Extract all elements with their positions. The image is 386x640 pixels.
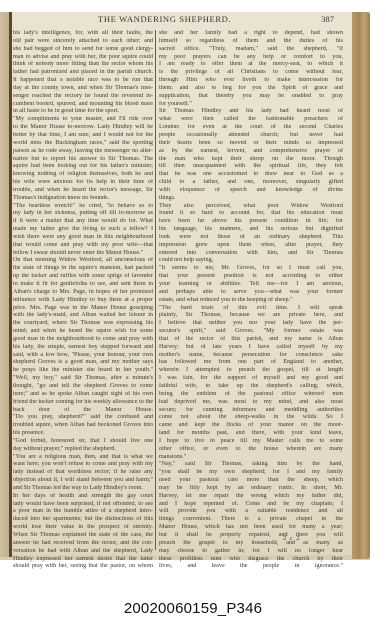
text-line: here;" and as he spoke Alban caught sigh… [13,391,153,399]
text-line: will provide you with a suitable residen… [159,508,343,516]
text-line: their hearts been so moved or their mind… [159,140,343,148]
text-line: Sir Thomas Hindley and his lady had hear… [159,108,343,116]
text-line: made my father give the living to such a… [13,226,153,234]
text-line: In her days of health and strength the g… [13,493,153,501]
text-line: lady would have been surprised, if not o… [13,501,153,509]
text-line: up the tucker and ruffles with some spri… [13,273,153,281]
text-line: "Do you pray, shepherd?" said the confus… [13,414,153,422]
text-line: came and kept the flocks of your manor o… [159,422,343,430]
text-line: with eloquence of speech and knowledge o… [159,187,343,195]
text-line: and perhaps able to serve you—what was y… [159,289,343,297]
text-line: "God forbid, honoured sir, that I should… [13,438,153,446]
text-line: "Well, my boy," said Sir Thomas, after a… [13,375,153,383]
text-line: she and her family had a right to depend… [159,30,343,38]
text-line: lives, and leave the people in ignorance… [159,563,343,571]
text-line: that your present position is not accord… [159,273,343,281]
text-line: "It seems to me, Mr. Groves, for so I mu… [159,265,343,273]
running-title: THE WANDERING SHEPHERD. [98,14,231,24]
text-line: had deprived me, was most to my mind, an… [159,399,343,407]
text-line: lady instead of that worthless rector; i… [13,469,153,477]
text-line: want here; you won't refuse to come and … [13,461,153,469]
text-line: have been far above his present conditio… [159,218,343,226]
text-line: world miss the Buckingham races," said t… [13,140,153,148]
text-line: his presence. [13,430,153,438]
text-line: sacred office. "Truly, madam," said the … [159,46,343,54]
text-line: she had begged of him to send for some g… [13,46,153,54]
text-line: could not help saying, [159,257,343,265]
text-line: friend the tucker coming for his weekly … [13,399,153,407]
text-line: back door of the Manor House. [13,407,153,415]
text-line: his wife were anxious for its help in th… [13,179,153,187]
text-column-left: his lady's intelligence, for, with all t… [13,30,153,571]
text-line: should pray with her, seeing that the pa… [13,563,153,571]
text-line: come not about the sheep-walks in the wi… [159,414,343,422]
text-line: Harvey; but of late years I have called … [159,344,343,352]
text-line: his lady's intelligence, for, with all t… [13,30,153,38]
text-line: his language, his manners, and his serio… [159,226,343,234]
text-line: said, with a low bow, "Please, your hono… [13,352,153,360]
text-line: that of the rector of this parish, and m… [159,336,343,344]
text-line: price. Mrs. Page was in the Manor House … [13,305,153,313]
text-line: and Sir Thomas led the way to Lady Hindl… [13,485,153,493]
text-line: influence with Lady Hindley to buy them … [13,297,153,305]
text-line: my poor prayers can be any help or comfo… [159,54,343,62]
text-line: "The heartless wretch!" he cried, "to be… [13,203,153,211]
text-line: London; for even at the court of the sec… [159,124,343,132]
text-line: that would come and pray with my poor wi… [13,242,153,250]
text-line: impression grew upon them when, after pr… [159,242,343,250]
text-line: that he was one accustomed to draw near … [159,171,343,179]
text-line: people occasionally attended church; but… [159,132,343,140]
text-line: Harvey, let me repair the wrong which my… [159,493,343,501]
text-line: I am ready to offer them at the mercy-se… [159,61,343,69]
text-line: supplication, that thereby you may be en… [159,93,343,101]
text-line: to make it fit for gentlefolks to see, a… [13,281,153,289]
text-line: cumbent booted, spurred, and mounting hi… [13,101,153,109]
text-line: the courtyard, where Sir Thomas was expr… [13,320,153,328]
page-fore-edge [352,12,370,559]
text-line: knowing nothing of religion themselves, … [13,171,153,179]
text-line: but it shall be properly repaired, and t… [159,532,343,540]
signature-mark: 2 c 2 [283,535,301,542]
text-line: trouble, and when he heard the rector's … [13,187,153,195]
text-line: may choose to gather in; for I will no l… [159,548,343,556]
image-caption: 20020060159_P346 [0,600,386,617]
text-line: them; and also to beg for you the Spirit… [159,85,343,93]
text-line: preach the gospel to my household, and a… [159,540,343,548]
text-line: till then unacquainted with the spiritua… [159,163,343,171]
text-line: wish there were any good man in this nei… [13,234,153,242]
text-line: the state of things in the squire's mans… [13,265,153,273]
text-line: found it so hard to account for, that hi… [159,210,343,218]
text-line: may be fitly kept by an ordinary rustic.… [159,485,343,493]
text-line: what were then called the fashionable pr… [159,116,343,124]
text-line: "You are a religious man, then, and that… [13,454,153,462]
text-line: secutor's spirit," said Groves. "My form… [159,328,343,336]
text-line: plainly, Sir Thomas, because we are priv… [159,312,343,320]
text-line: as by the earnest, fervent, and comprehe… [159,148,343,156]
text-line: Manor House, which has not been used for… [159,524,343,532]
text-line: "My compliments to your master, and I'll… [13,116,153,124]
text-line: he prays like the minister she heard in … [13,367,153,375]
text-line: think of nobody more fitting than the re… [13,61,153,69]
text-line: things convenient. There is a private ch… [159,516,343,524]
text-line: secure; for cunning informers and meddli… [159,407,343,415]
text-line: look were not those of an ordinary sheph… [159,234,343,242]
text-line: mother's name, because persecution for c… [159,352,343,360]
text-line: entered into conversation with him, and … [159,250,343,258]
text-line: troubled squire, when Alban had beckoned… [13,422,153,430]
text-line: thought, "go and tell the shepherd Grove… [13,383,153,391]
text-line: On that morning Widow Westford, all unco… [13,257,153,265]
text-line: Thomas's indignation knew no bounds. [13,195,153,203]
text-line: and I hope repented of. Come and be my c… [159,501,343,509]
text-line: in all haste to be in good time for the … [13,108,153,116]
text-line: It happened that a notable race was to b… [13,77,153,85]
page-number: 387 [321,14,334,24]
text-line: parson as he rode away, leaving the mess… [13,148,153,156]
text-line: world lose their value in the prospect o… [13,524,153,532]
text-line: old pair were sincerely attached to each… [13,38,153,46]
text-line: day at the county town, and when Sir Tho… [13,85,153,93]
text-line: "you shall be my own shepherd; for I and… [159,469,343,477]
text-line: land for months past, and there, with yo… [159,430,343,438]
text-line: senger reached the rectory he found the … [13,93,153,101]
running-head: THE WANDERING SHEPHERD. 387 [12,14,334,28]
text-line: mansions." [159,454,343,462]
text-line: They also perceived, what poor Widow Wes… [159,203,343,211]
text-line: When Sir Thomas explained the state of t… [13,532,153,540]
text-line: has followed me from one part of England… [159,359,343,367]
text-line: good man in the neighbourhood to come an… [13,336,153,344]
text-line: being the emblem of the pastoral office … [159,391,343,399]
text-line: Hindley expressed her earnest desire tha… [13,556,153,564]
text-line: duced into her apartments; but the disti… [13,516,153,524]
text-line: Alban's charge to Mrs. Page, in hopes of… [13,289,153,297]
text-line: his lady, the simple, earnest boy steppe… [13,344,153,352]
text-line: with the lady's-maid, and Alban waited h… [13,312,153,320]
text-line: fellow I swear should never enter the Ma… [13,250,153,258]
text-line: father had patronized and placed in the … [13,69,153,77]
text-line: the man who kept their sheep on the moor… [159,156,343,164]
text-line: things. [159,195,343,203]
text-line: objection about it, I will stand between… [13,477,153,485]
text-line: wherein I attempted to preach the gospel… [159,367,343,375]
text-line: himself so regardless of them and the du… [159,38,343,46]
text-line: your learning or abilities. Tell me—for … [159,281,343,289]
column-rule [155,30,156,550]
text-line: through Him who ever liveth to make inte… [159,77,343,85]
text-line: a poor man in the humble attire of a she… [13,508,153,516]
text-line: "Nay," said Sir Thomas, taking him by th… [159,461,343,469]
text-line: "The hard trials of this evil time. I wi… [159,305,343,313]
text-line: my lady in her sickness, putting off til… [13,210,153,218]
text-line: squire had been looking out for his fath… [13,163,153,171]
text-line: shepherd Groves is a good man, and my mo… [13,359,153,367]
text-line: estate, and what reduced you to the keep… [159,297,343,305]
text-line: versation he had with Alban and the shep… [13,548,153,556]
text-line: to the Manor House to-morrow. Lady Hindl… [13,124,153,132]
text-column-right: she and her family had a right to depend… [159,30,343,571]
text-line: need your pastoral care more than the sh… [159,477,343,485]
text-line: faithful wife, to take up the shepherd's… [159,383,343,391]
text-line: these profitless men who disgrace the ch… [159,556,343,564]
text-line: native but to report his answer to Sir T… [13,156,153,164]
text-line: is the privilege of all Christians to co… [159,69,343,77]
text-line: child to a father, and one, moreover, si… [159,179,343,187]
text-line: if it were a matter that any time would … [13,218,153,226]
text-line: mind; and when he heard the squire wish … [13,328,153,336]
text-line: I hope to live in peace till my Master c… [159,438,343,446]
text-line: answer he had received from the rector, … [13,540,153,548]
text-line: man to advise and pray with her, the poo… [13,54,153,62]
text-line: I was fain, for the support of myself an… [159,375,343,383]
text-line: other office, or even to the house where… [159,446,343,454]
text-line: better by that time, I am sure, and I wo… [13,132,153,140]
text-line: day without prayer," replied the shepher… [13,446,153,454]
text-line: I believe that neither you nor your lady… [159,320,343,328]
text-line: for yourself." [159,101,343,109]
